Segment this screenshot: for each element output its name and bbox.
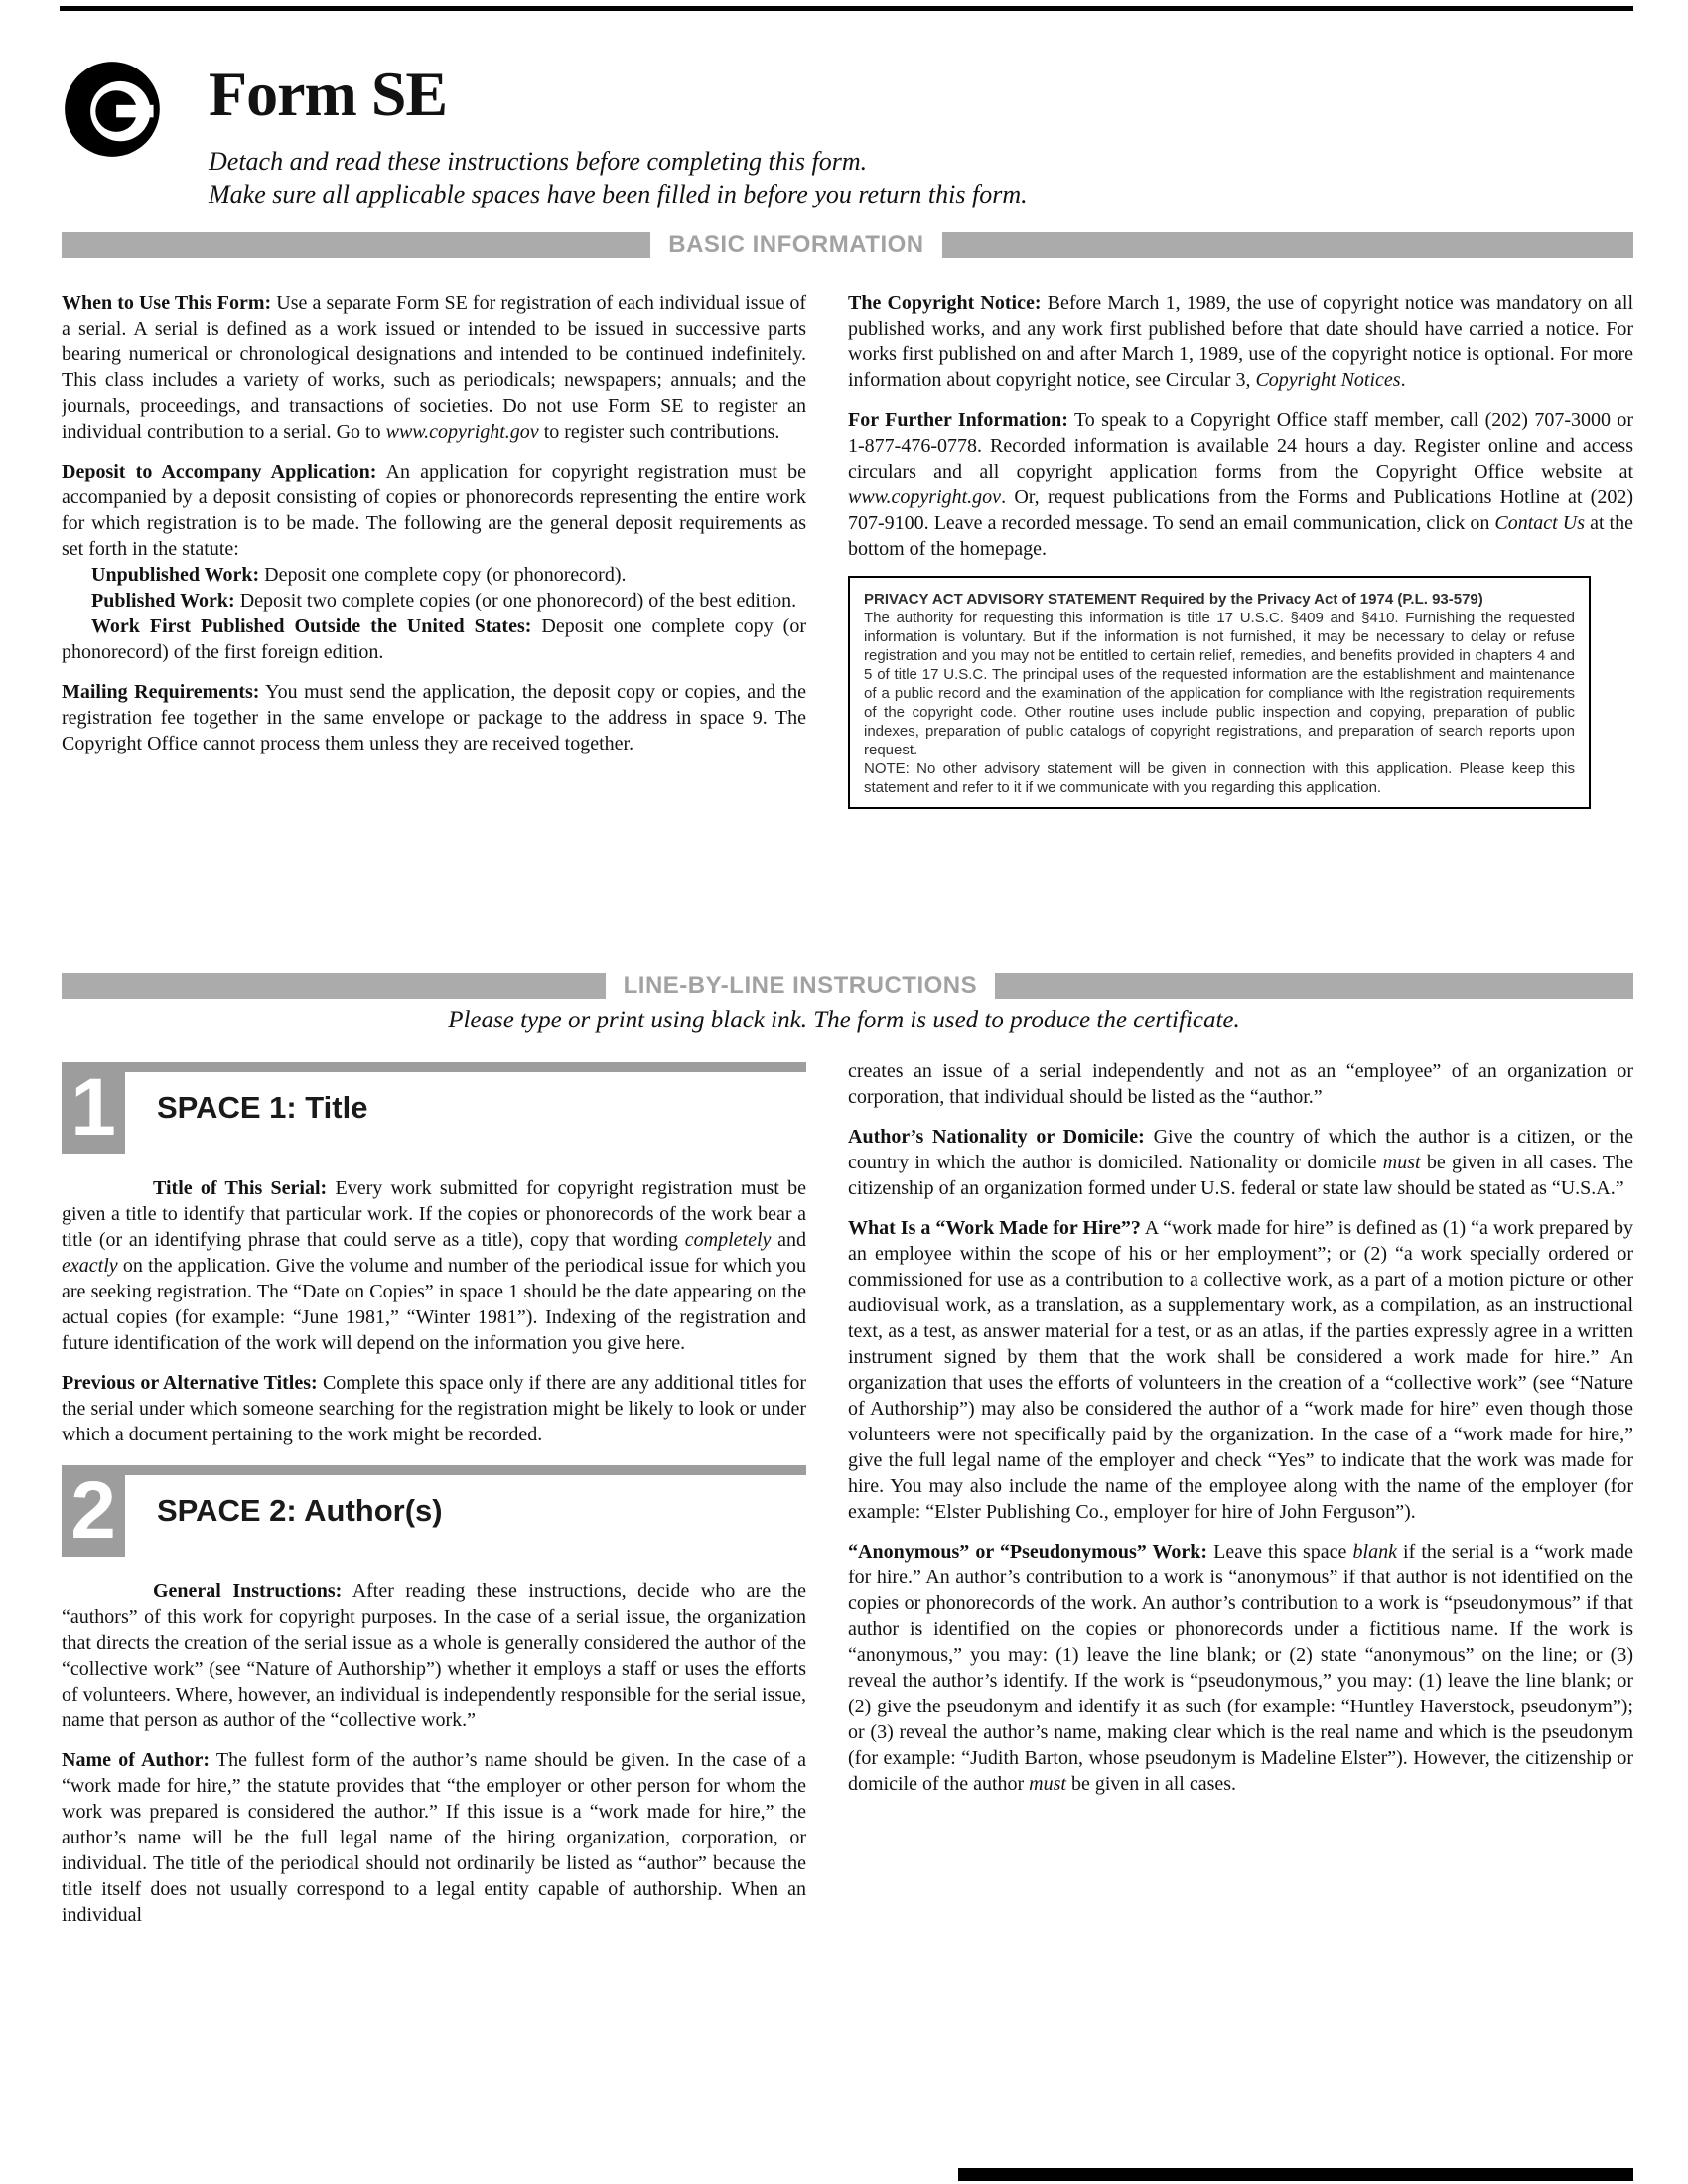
basic-info-left-column: When to Use This Form: Use a separate Fo…	[62, 290, 806, 971]
privacy-box-title: PRIVACY ACT ADVISORY STATEMENT Required …	[864, 590, 1575, 609]
paragraph: Name of Author: The fullest form of the …	[62, 1747, 806, 1928]
space1-heading: SPACE 1: Title	[157, 1090, 367, 1126]
paragraph: Deposit to Accompany Application: An app…	[62, 459, 806, 562]
top-rule	[60, 6, 1633, 11]
paragraph: “Anonymous” or “Pseudonymous” Work: Leav…	[848, 1539, 1633, 1797]
paragraph: Mailing Requirements: You must send the …	[62, 679, 806, 756]
paragraph: Work First Published Outside the United …	[62, 614, 806, 665]
paragraph-lead: Author’s Nationality or Domicile:	[848, 1126, 1145, 1148]
instruction-line-1: Detach and read these instructions befor…	[209, 145, 1028, 178]
header: Form SE Detach and read these instructio…	[62, 58, 1633, 210]
paragraph-lead: “Anonymous” or “Pseudonymous” Work:	[848, 1541, 1207, 1563]
privacy-box-note: NOTE: No other advisory statement will b…	[864, 759, 1575, 797]
banner-bar-left	[62, 973, 606, 999]
paragraph-lead: When to Use This Form:	[62, 292, 271, 314]
paragraph-lead: For Further Information:	[848, 409, 1068, 431]
instructions-right-column: creates an issue of a serial independent…	[848, 1058, 1633, 2130]
space1-paragraphs: Title of This Serial: Every work submitt…	[62, 1175, 806, 1447]
line-by-line-note: Please type or print using black ink. Th…	[0, 1007, 1688, 1034]
space2-marker: 2 SPACE 2: Author(s)	[62, 1461, 806, 1565]
paragraph-lead: Mailing Requirements:	[62, 681, 259, 703]
space2-paragraphs: General Instructions: After reading thes…	[62, 1578, 806, 1928]
paragraph-lead: Deposit to Accompany Application:	[62, 461, 376, 482]
copyright-office-logo	[62, 58, 165, 161]
instructions-left-column: 1 SPACE 1: Title Title of This Serial: E…	[62, 1058, 806, 2130]
paragraph: When to Use This Form: Use a separate Fo…	[62, 290, 806, 445]
paragraph-lead: Name of Author:	[62, 1749, 210, 1771]
line-by-line-section: 1 SPACE 1: Title Title of This Serial: E…	[62, 1058, 1633, 2130]
instruction-line-2: Make sure all applicable spaces have bee…	[209, 178, 1028, 210]
space2-marker-bar	[125, 1465, 806, 1475]
basic-information-section: When to Use This Form: Use a separate Fo…	[62, 290, 1633, 971]
paragraph: Author’s Nationality or Domicile: Give t…	[848, 1124, 1633, 1201]
basic-info-right-column: The Copyright Notice: Before March 1, 19…	[848, 290, 1633, 971]
line-by-line-banner-label: LINE-BY-LINE INSTRUCTIONS	[624, 972, 978, 1000]
paragraph-lead: General Instructions:	[153, 1580, 342, 1602]
title-block: Form SE Detach and read these instructio…	[209, 58, 1028, 210]
paragraph-lead: Title of This Serial:	[153, 1177, 327, 1199]
paragraph: What Is a “Work Made for Hire”? A “work …	[848, 1215, 1633, 1525]
basic-information-banner-label: BASIC INFORMATION	[668, 231, 923, 259]
line-by-line-banner: LINE-BY-LINE INSTRUCTIONS	[62, 973, 1633, 999]
paragraph: The Copyright Notice: Before March 1, 19…	[848, 290, 1633, 393]
paragraph-lead: What Is a “Work Made for Hire”?	[848, 1217, 1141, 1239]
space1-marker-bar	[125, 1062, 806, 1072]
banner-bar-right	[942, 232, 1633, 258]
paragraph: For Further Information: To speak to a C…	[848, 407, 1633, 562]
form-se-instructions-page: Form SE Detach and read these instructio…	[0, 0, 1688, 2184]
form-title: Form SE	[209, 62, 1028, 127]
paragraph: Title of This Serial: Every work submitt…	[62, 1175, 806, 1356]
banner-bar-left	[62, 232, 650, 258]
paragraph: Previous or Alternative Titles: Complete…	[62, 1370, 806, 1447]
paragraph: General Instructions: After reading thes…	[62, 1578, 806, 1733]
space2-heading: SPACE 2: Author(s)	[157, 1493, 443, 1529]
paragraph: creates an issue of a serial independent…	[848, 1058, 1633, 1110]
paragraph-lead: Unpublished Work:	[91, 564, 259, 586]
paragraph-lead: Published Work:	[91, 590, 235, 612]
paragraph: Published Work: Deposit two complete cop…	[62, 588, 806, 614]
space1-number: 1	[62, 1062, 125, 1154]
space2-number: 2	[62, 1465, 125, 1557]
paragraph-lead: Previous or Alternative Titles:	[62, 1372, 318, 1394]
paragraph-lead: The Copyright Notice:	[848, 292, 1042, 314]
space1-marker: 1 SPACE 1: Title	[62, 1058, 806, 1161]
paragraph-lead: Work First Published Outside the United …	[91, 615, 531, 637]
privacy-box-body: The authority for requesting this inform…	[864, 609, 1575, 759]
banner-bar-right	[995, 973, 1633, 999]
privacy-act-advisory-box: PRIVACY ACT ADVISORY STATEMENT Required …	[848, 576, 1591, 809]
footer-bar	[958, 2168, 1633, 2181]
basic-information-banner: BASIC INFORMATION	[62, 232, 1633, 258]
basic-info-right-paragraphs: The Copyright Notice: Before March 1, 19…	[848, 290, 1633, 562]
paragraph: Unpublished Work: Deposit one complete c…	[62, 562, 806, 588]
